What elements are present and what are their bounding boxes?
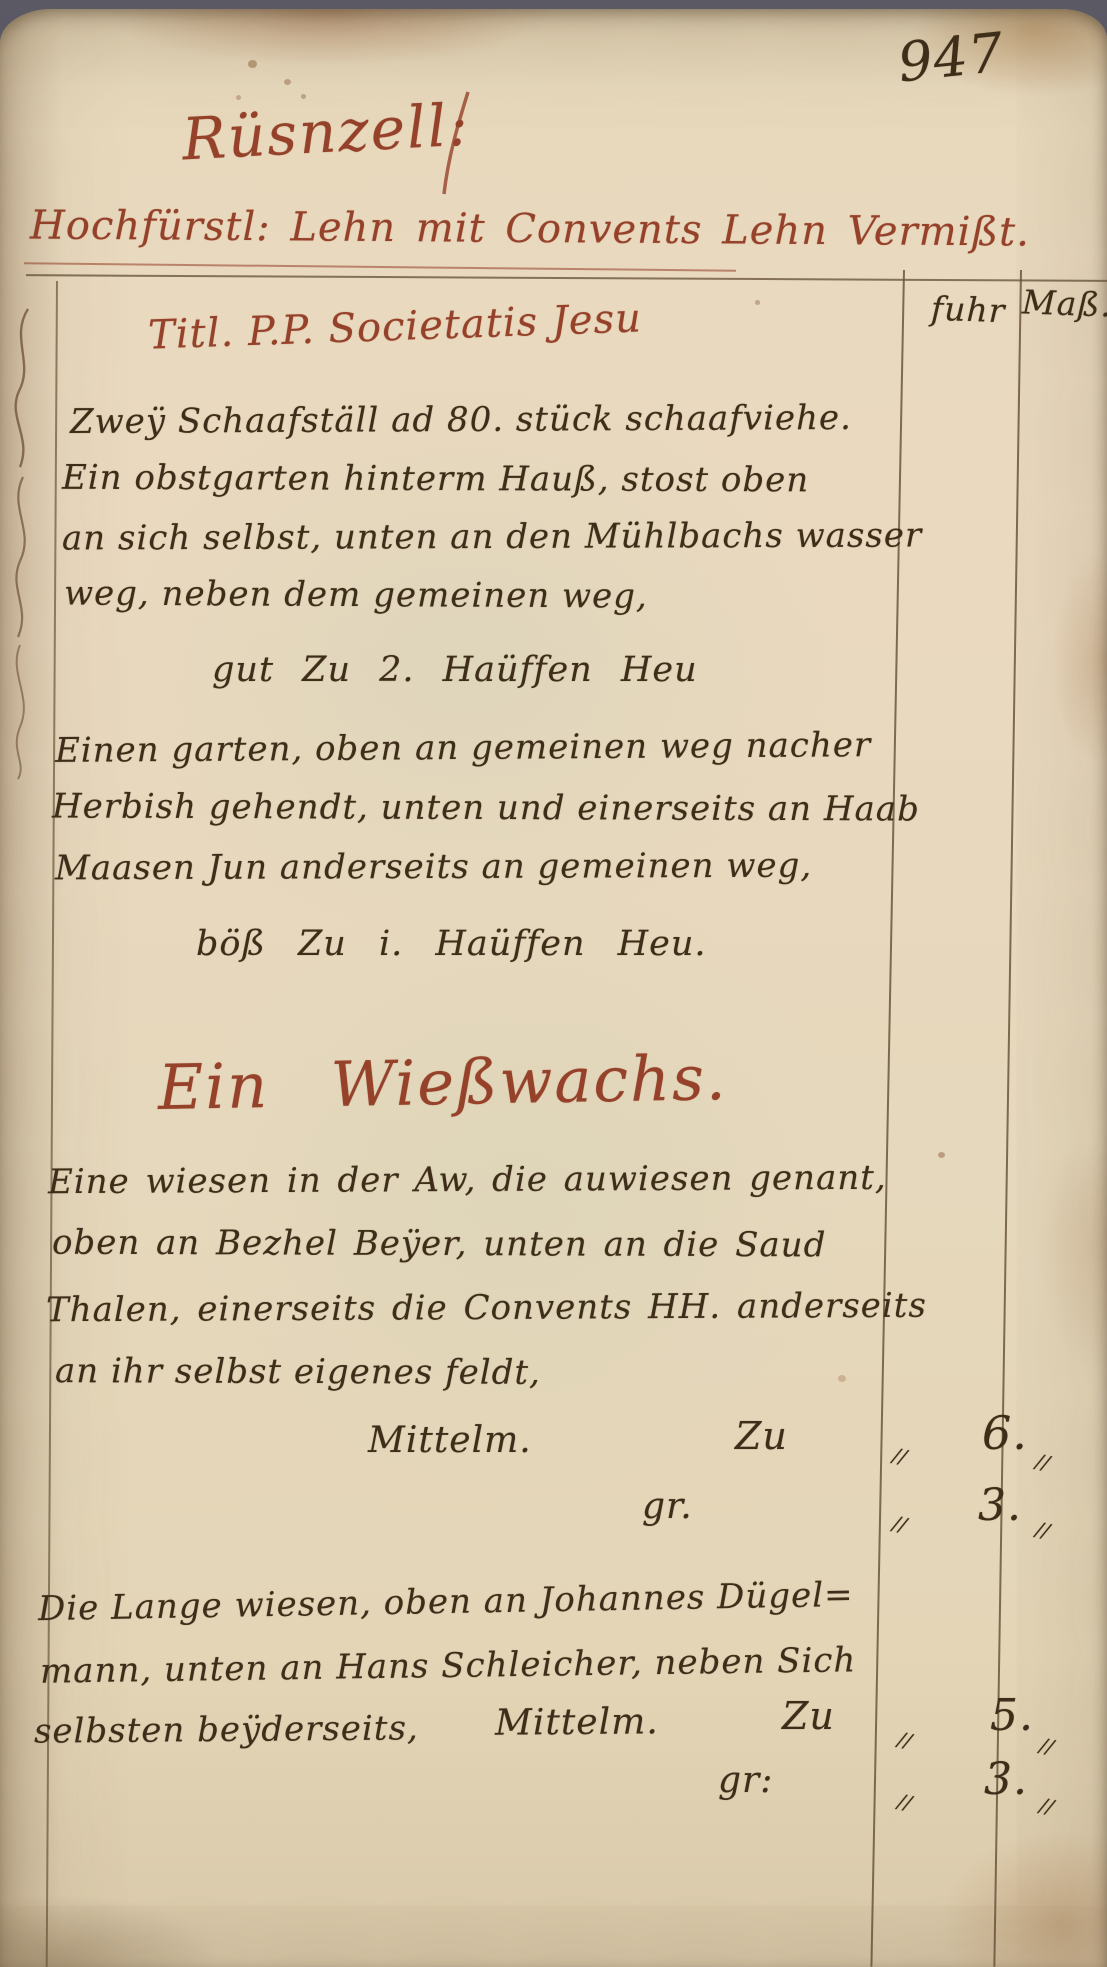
para1-line: Ein obstgarten hinterm Hauß, stost oben: [62, 458, 809, 501]
row4-label: gr:: [718, 1760, 773, 1801]
foxing-spot: [938, 1152, 945, 1158]
row3-value-fuhr: 5.: [990, 1690, 1034, 1741]
para1-line: Zweÿ Schaafställ ad 80. stück schaafvieh…: [70, 398, 852, 442]
page-number: 947: [895, 21, 1007, 95]
foxing-spot: [248, 60, 257, 68]
manuscript-page: 947 Rüsnzell: Hochfürstl: Lehn mit Conve…: [0, 0, 1107, 1967]
para3-line: Thalen, einerseits die Convents HH. ande…: [46, 1286, 927, 1331]
foxing-spot: [236, 95, 241, 100]
hay-line-1: gut Zu 2. Haüffen Heu: [212, 650, 698, 690]
para3-line: an ihr selbst eigenes feldt,: [55, 1351, 541, 1393]
row3-label: Mittelm.: [495, 1701, 659, 1743]
row1-label: Mittelm.: [368, 1420, 532, 1461]
para2-line: Maasen Jun anderseits an gemeinen weg,: [55, 846, 812, 889]
wiesswachs-heading: Ein Wießwachs.: [157, 1041, 728, 1124]
foxing-spot: [755, 300, 760, 305]
para4-line: selbsten beÿderseits,: [34, 1708, 419, 1751]
column-header-fuhr: fuhr: [930, 289, 1006, 331]
para2-line: Einen garten, oben an gemeinen weg nache…: [55, 725, 871, 771]
row4-value-fuhr: 3.: [984, 1754, 1028, 1805]
page-curl-marks: [2, 305, 44, 785]
title-flourish-stroke: [424, 88, 484, 200]
foxing-spot: [284, 79, 291, 85]
column-header-mass: Maß.: [1021, 282, 1107, 324]
para1-line: an sich selbst, unten an den Mühlbachs w…: [62, 515, 922, 558]
row3-unit: Zu: [782, 1694, 835, 1738]
row1-unit: Zu: [735, 1414, 788, 1458]
row2-value-fuhr: 3.: [978, 1480, 1022, 1531]
para3-line: Eine wiesen in der Aw, die auwiesen gena…: [48, 1158, 887, 1202]
subtitle-lehn-line: Hochfürstl: Lehn mit Convents Lehn Vermi…: [30, 203, 1030, 256]
para2-line: Herbish gehendt, unten und einerseits an…: [52, 786, 920, 829]
row1-value-fuhr: 6.: [982, 1406, 1028, 1460]
para1-line: weg, neben dem gemeinen weg,: [64, 573, 648, 616]
foxing-spot: [838, 1375, 846, 1382]
para3-line: oben an Bezhel Beÿer, unten an die Saud: [52, 1223, 827, 1266]
hay-line-2: böß Zu i. Haüffen Heu.: [196, 924, 707, 964]
row2-label: gr.: [642, 1486, 693, 1527]
